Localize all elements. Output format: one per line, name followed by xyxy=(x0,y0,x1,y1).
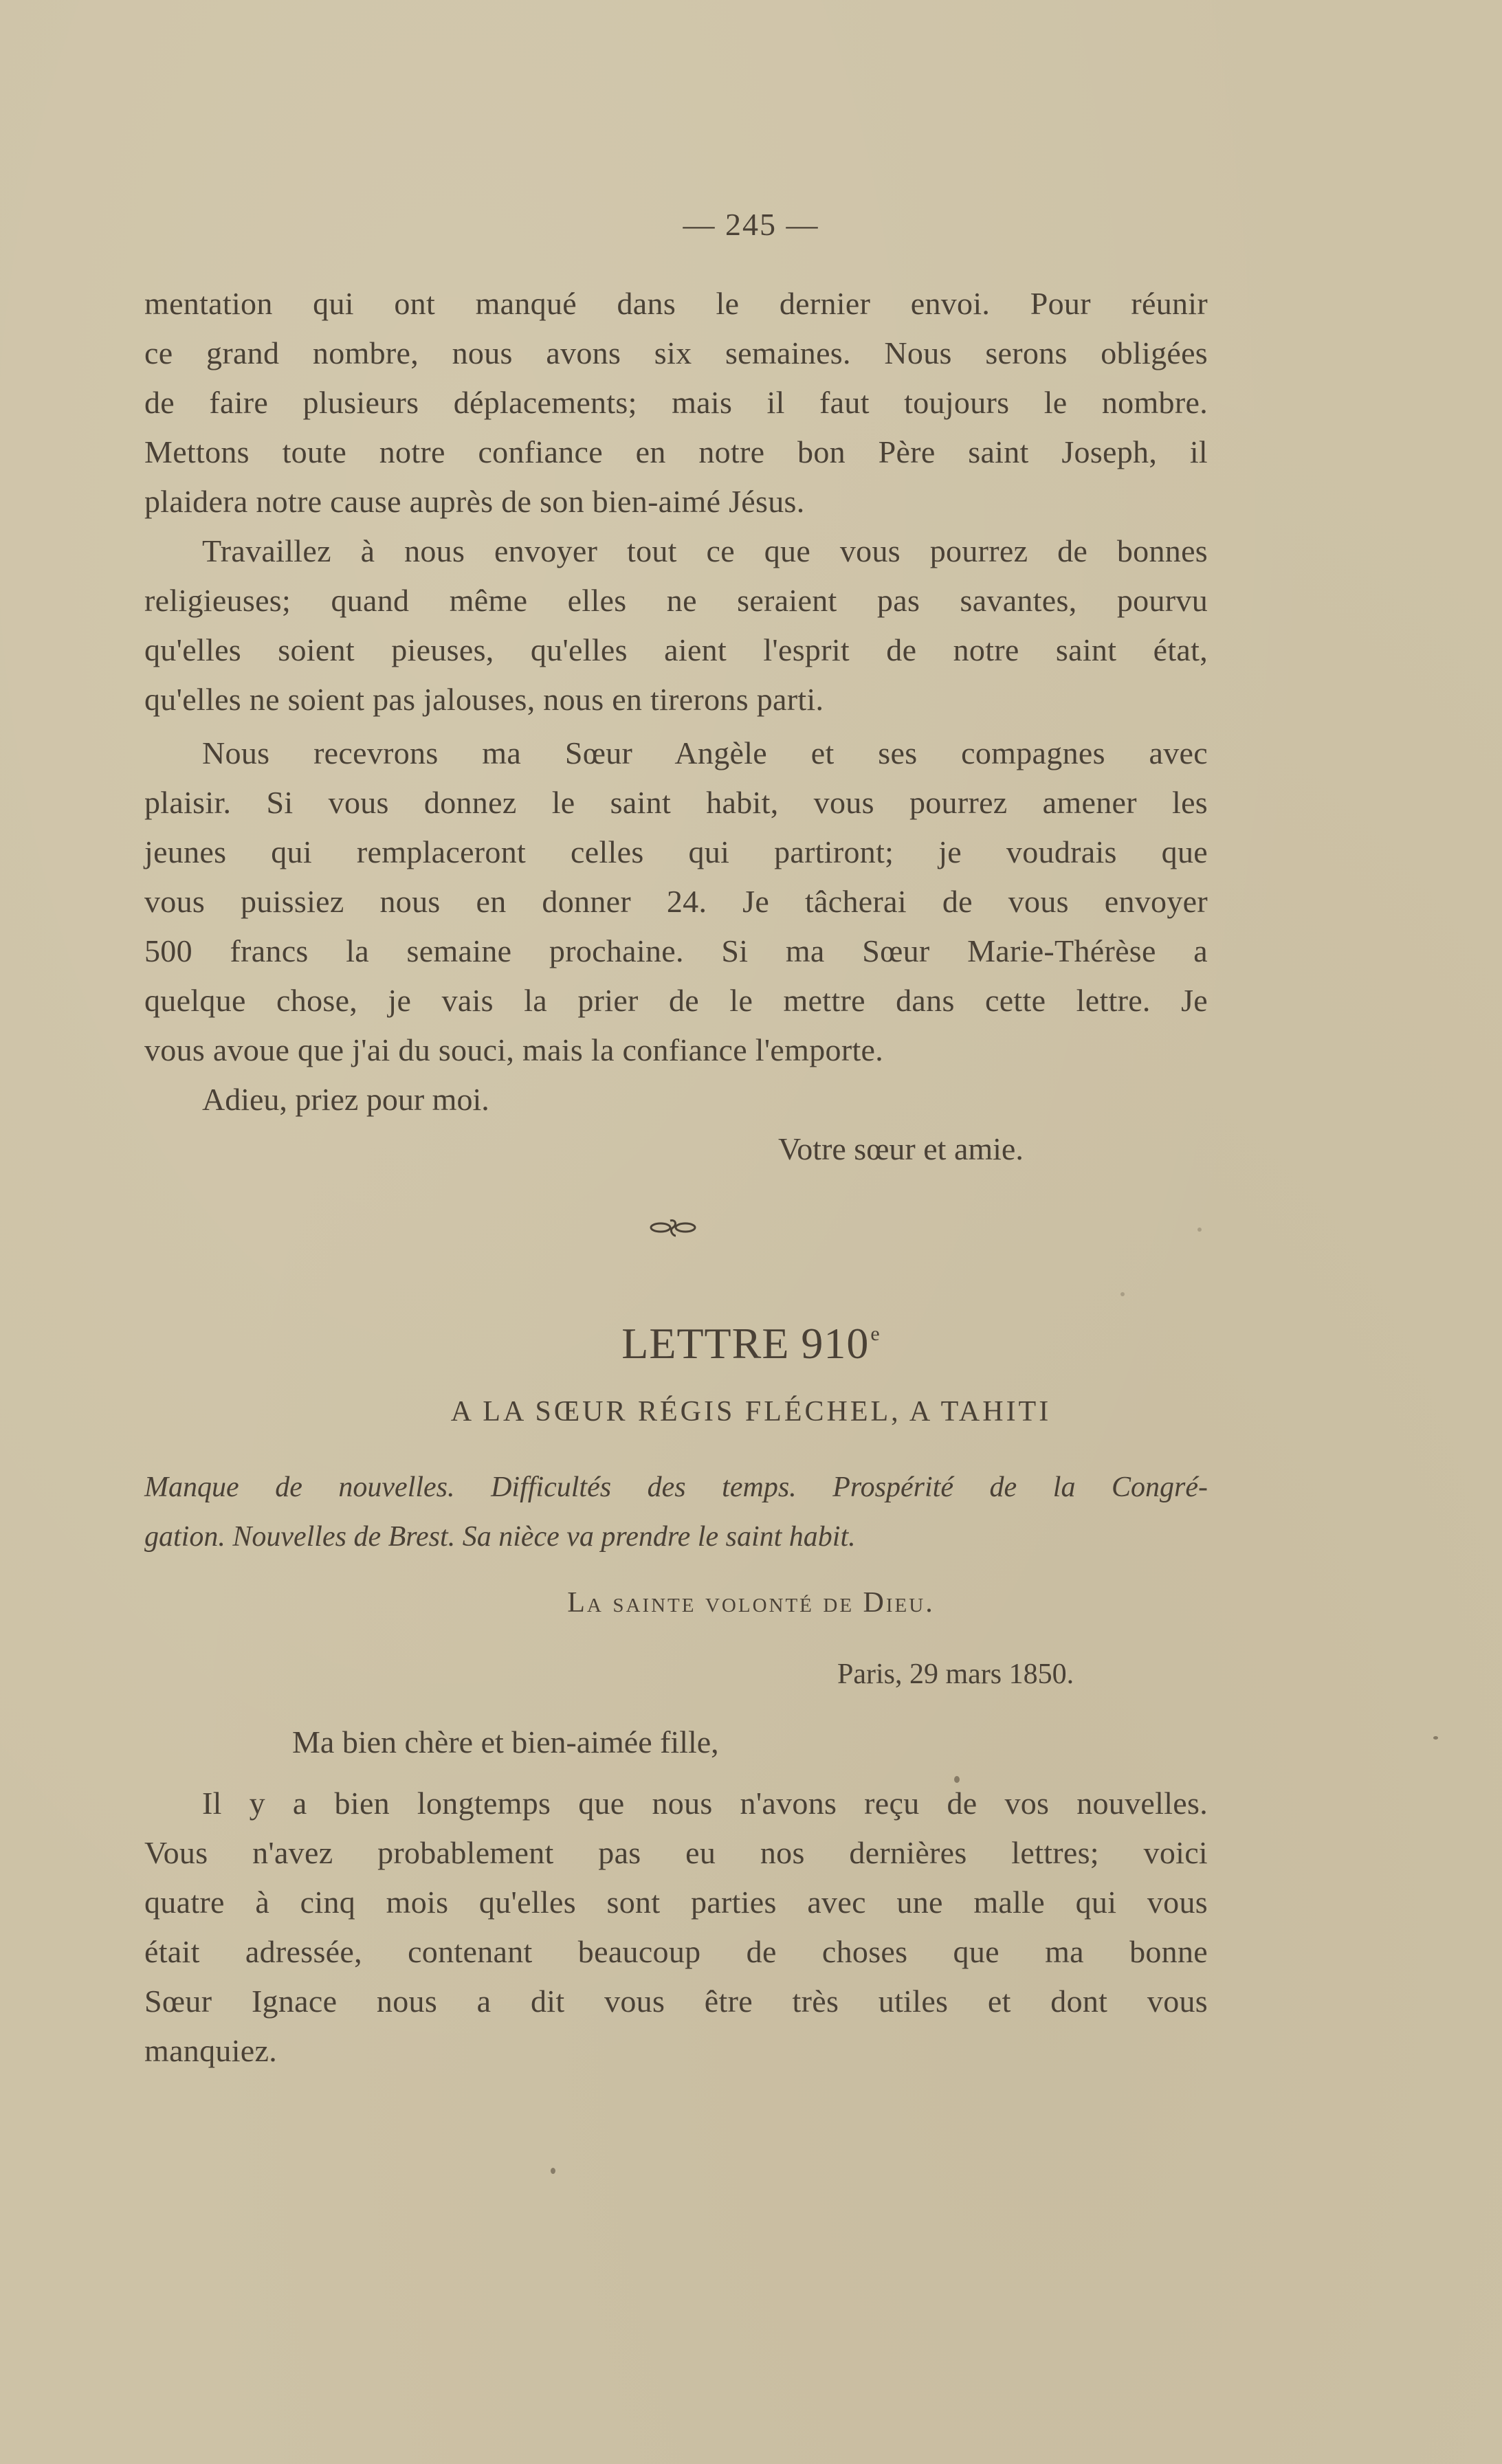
text-line: quatre à cinq mois qu'elles sont parties… xyxy=(144,1882,1208,1923)
paper-speck xyxy=(1433,1736,1438,1740)
paper-speck xyxy=(954,1776,960,1783)
text-line: religieuses; quand même elles ne seraien… xyxy=(144,580,1208,621)
paper-speck xyxy=(1120,1292,1125,1296)
letter-title-suffix: e xyxy=(870,1322,880,1345)
text-line: vous avoue que j'ai du souci, mais la co… xyxy=(144,1030,1208,1071)
paper-speck xyxy=(551,2168,555,2174)
page-folio: — 245 — xyxy=(0,206,1502,243)
book-page: — 245 — mentation qui ont manqué dans le… xyxy=(0,0,1502,2464)
text-line: ce grand nombre, nous avons six semaines… xyxy=(144,333,1208,374)
letter-title-text: LETTRE 910 xyxy=(621,1319,869,1368)
text-line: Nous recevrons ma Sœur Angèle et ses com… xyxy=(144,733,1208,774)
signature-line: Votre sœur et amie. xyxy=(778,1129,1024,1170)
text-line: Mettons toute notre confiance en notre b… xyxy=(144,432,1208,473)
paper-speck xyxy=(1197,1228,1202,1232)
text-line: plaidera notre cause auprès de son bien-… xyxy=(144,481,1208,522)
letter-summary-line: Manque de nouvelles. Difficultés des tem… xyxy=(144,1463,1208,1504)
letter-dateline: Paris, 29 mars 1850. xyxy=(837,1658,1074,1691)
text-line: Sœur Ignace nous a dit vous être très ut… xyxy=(144,1981,1208,2022)
text-line: qu'elles soient pieuses, qu'elles aient … xyxy=(144,630,1208,671)
letter-motto: La sainte volonté de Dieu. xyxy=(0,1586,1502,1619)
text-line: mentation qui ont manqué dans le dernier… xyxy=(144,283,1208,324)
text-line: 500 francs la semaine prochaine. Si ma S… xyxy=(144,931,1208,972)
letter-salutation: Ma bien chère et bien-aimée fille, xyxy=(292,1724,719,1760)
farewell-line: Adieu, priez pour moi. xyxy=(202,1079,489,1120)
text-line: manquiez. xyxy=(144,2030,1208,2072)
text-line: Il y a bien longtemps que nous n'avons r… xyxy=(144,1783,1208,1824)
letter-recipient: A LA SŒUR RÉGIS FLÉCHEL, A TAHITI xyxy=(0,1395,1502,1428)
text-line: Travaillez à nous envoyer tout ce que vo… xyxy=(144,531,1208,572)
text-line: jeunes qui remplaceront celles qui parti… xyxy=(144,832,1208,873)
text-line: était adressée, contenant beaucoup de ch… xyxy=(144,1931,1208,1973)
fleuron-ornament-icon xyxy=(650,1218,698,1239)
text-line: quelque chose, je vais la prier de le me… xyxy=(144,980,1208,1021)
text-line: vous puissiez nous en donner 24. Je tâch… xyxy=(144,881,1208,922)
text-line: qu'elles ne soient pas jalouses, nous en… xyxy=(144,679,1208,720)
letter-title: LETTRE 910e xyxy=(0,1310,1502,1368)
text-line: plaisir. Si vous donnez le saint habit, … xyxy=(144,782,1208,823)
letter-summary-line: gation. Nouvelles de Brest. Sa nièce va … xyxy=(144,1512,1208,1553)
text-line: Vous n'avez probablement pas eu nos dern… xyxy=(144,1832,1208,1874)
text-line: de faire plusieurs déplacements; mais il… xyxy=(144,382,1208,423)
